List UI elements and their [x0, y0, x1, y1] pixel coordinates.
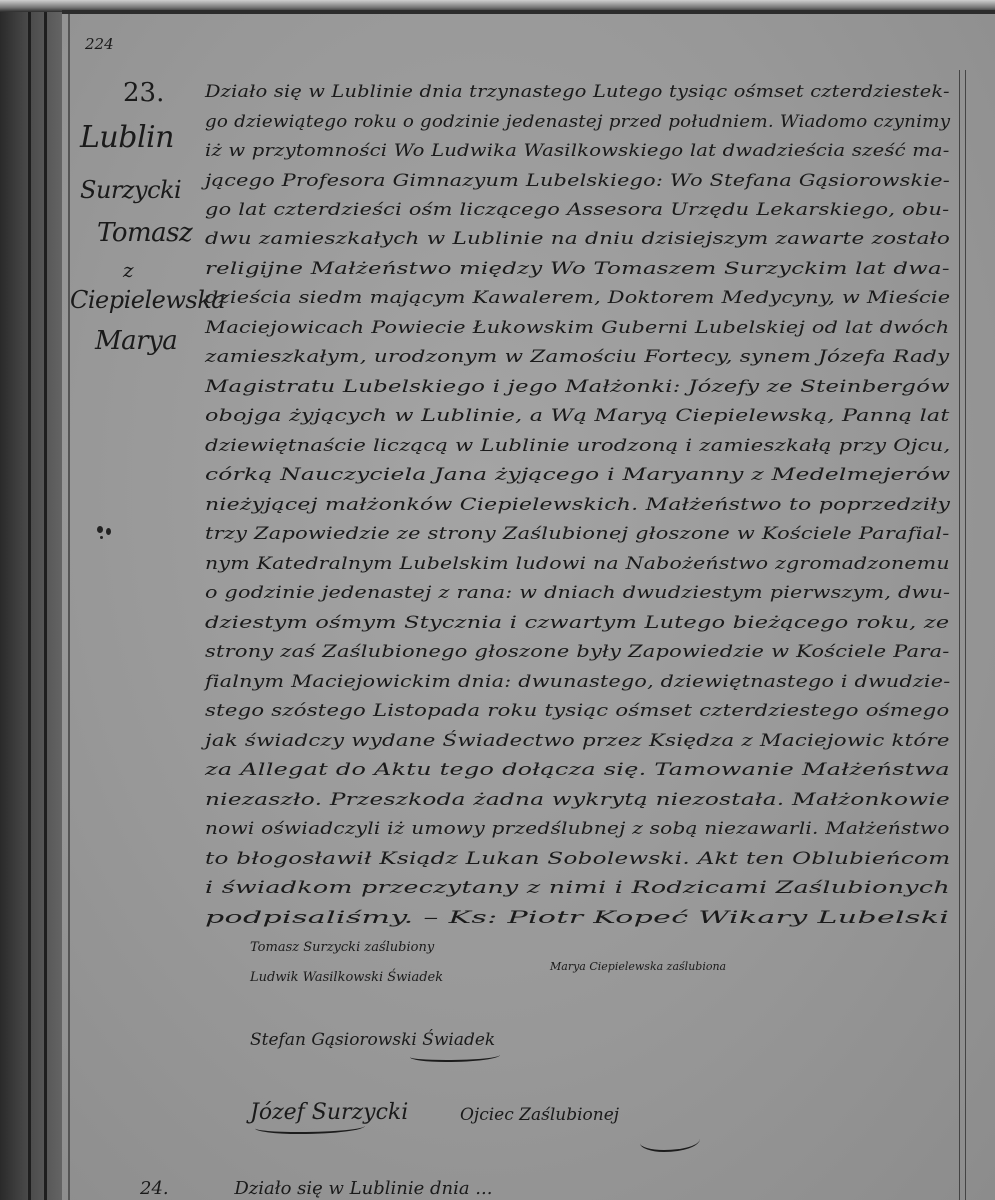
- body-line: obojga żyjących w Lublinie, a Wą Maryą C…: [205, 406, 950, 426]
- book-binding: [0, 0, 70, 1200]
- body-line: podpisaliśmy. – Ks: Piotr Kopeć Wikary L…: [205, 908, 949, 928]
- next-entry-text: Działo się w Lublinie dnia ...: [234, 1178, 492, 1199]
- body-line: go dziewiątego roku o godzinie jedenaste…: [205, 112, 950, 132]
- binding-edge-line: [44, 10, 47, 1200]
- body-line: nym Katedralnym Lubelskim ludowi na Nabo…: [205, 554, 950, 574]
- margin-groom-surname: Surzycki: [80, 176, 181, 204]
- margin-groom-name: Tomasz: [97, 218, 192, 248]
- next-entry-fragment: 24. Działo się w Lublinie dnia ...: [140, 1178, 492, 1199]
- body-line: dziewiętnaście liczącą w Lublinie urodzo…: [205, 436, 950, 456]
- body-line: dwu zamieszkałych w Lublinie na dniu dzi…: [205, 229, 950, 249]
- body-line: za Allegat do Aktu tego dołącza się. Tam…: [205, 760, 950, 780]
- body-line: fialnym Maciejowickim dnia: dwunastego, …: [205, 672, 950, 692]
- margin-bride-name: Marya: [95, 326, 177, 356]
- entry-number: 23.: [123, 78, 164, 108]
- body-line: iż w przytomności Wo Ludwika Wasilkowski…: [205, 141, 950, 161]
- column-divider-rule: [959, 70, 966, 1200]
- next-entry-number: 24.: [140, 1178, 169, 1199]
- body-line: i świadkom przeczytany z nimi i Rodzicam…: [205, 878, 950, 898]
- bride-father-signature: Ojciec Zaślubionej: [460, 1105, 619, 1125]
- margin-rule: [68, 14, 70, 1200]
- body-line: Magistratu Lubelskiego i jego Małżonki: …: [205, 377, 950, 397]
- ink-blot: [97, 526, 113, 536]
- margin-conjunction: z: [123, 258, 133, 282]
- body-line: córką Nauczyciela Jana żyjącego i Maryan…: [205, 465, 950, 485]
- body-line: dziestym ośmym Stycznia i czwartym Luteg…: [205, 613, 949, 633]
- witness-2-signature: Stefan Gąsiorowski Świadek: [250, 1030, 495, 1050]
- body-line: niezaszło. Przeszkoda żadna wykrytą niez…: [205, 790, 950, 810]
- body-line: nieżyjącej małżonków Ciepielewskich. Mał…: [205, 495, 950, 515]
- groom-signature: Tomasz Surzycki zaślubiony: [250, 940, 434, 955]
- bride-signature: Marya Ciepielewska zaślubiona: [550, 960, 726, 973]
- body-line: jącego Profesora Gimnazyum Lubelskiego: …: [205, 171, 950, 191]
- body-line: to błogosławił Ksiądz Lukan Sobolewski. …: [205, 849, 950, 869]
- binding-edge-line: [28, 10, 31, 1200]
- page-number: 224: [85, 35, 114, 53]
- body-line: Maciejowicach Powiecie Łukowskim Guberni…: [205, 318, 949, 338]
- body-line: strony zaś Zaślubionego głoszone były Za…: [205, 642, 950, 662]
- body-line: nowi oświadczyli iż umowy przedślubnej z…: [205, 819, 950, 839]
- body-line: stego szóstego Listopada roku tysiąc ośm…: [205, 701, 950, 721]
- margin-bride-surname: Ciepielewska: [70, 286, 225, 314]
- body-line: go lat czterdzieści ośm liczącego Asseso…: [205, 200, 949, 220]
- body-line: trzy Zapowiedzie ze strony Zaślubionej g…: [205, 524, 950, 544]
- body-line: Działo się w Lublinie dnia trzynastego L…: [205, 82, 950, 102]
- body-line: jak świadczy wydane Świadectwo przez Ksi…: [205, 731, 950, 751]
- witness-1-signature: Ludwik Wasilkowski Świadek: [250, 970, 443, 985]
- body-line: dzieścia siedm mającym Kawalerem, Doktor…: [205, 288, 950, 308]
- body-line: zamieszkałym, urodzonym w Zamościu Forte…: [205, 347, 949, 367]
- margin-place: Lublin: [80, 120, 174, 155]
- body-line: o godzinie jedenastej z rana: w dniach d…: [205, 583, 950, 603]
- body-line: religijne Małżeństwo między Wo Tomaszem …: [205, 259, 950, 279]
